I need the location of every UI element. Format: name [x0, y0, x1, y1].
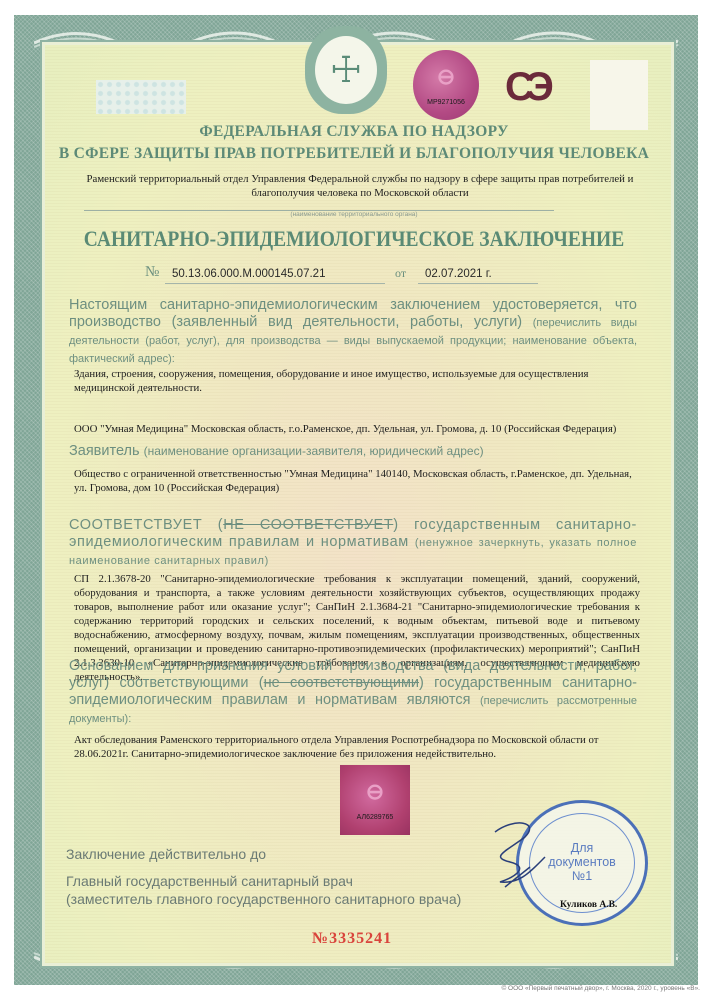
activity-text: Здания, строения, сооружения, помещения,…	[74, 367, 640, 395]
hologram-sticker-top: ⊖ МР9271056	[413, 50, 479, 120]
se-mark-logo: СЭ	[505, 65, 546, 110]
date-underline	[418, 283, 538, 284]
basis-paragraph: Основанием для признания условий произво…	[69, 658, 637, 728]
document-title: САНИТАРНО-ЭПИДЕМИОЛОГИЧЕСКОЕ ЗАКЛЮЧЕНИЕ	[0, 227, 708, 252]
double-headed-eagle-icon: ☩	[315, 36, 377, 104]
date-label: от	[395, 266, 406, 281]
hologram-sticker-bottom: ⊖ АЛ6289765	[340, 765, 410, 835]
valid-until-label: Заключение действительно до	[66, 846, 266, 863]
agency-title-line1: ФЕДЕРАЛЬНАЯ СЛУЖБА ПО НАДЗОРУ	[0, 123, 708, 141]
emblem-badge: ☩	[305, 26, 387, 114]
blank-serial-number: №3335241	[312, 930, 392, 948]
printer-note: © ООО «Первый печатный двор», г. Москва,…	[0, 985, 700, 992]
basis-struck: не соответствующими	[264, 675, 419, 691]
signer-name: Куликов А.В.	[560, 900, 617, 910]
compliance-paragraph: СООТВЕТСТВУЕТ (НЕ СООТВЕТСТВУЕТ) государ…	[69, 517, 637, 570]
number-underline	[165, 283, 385, 284]
territorial-caption: (наименование территориального органа)	[0, 211, 708, 218]
hologram-logo-icon: ⊖	[437, 64, 455, 90]
applicant-heading: Заявитель (наименование организации-заяв…	[69, 443, 637, 460]
chief-doctor-label: Главный государственный санитарный врач	[66, 873, 353, 890]
blank-field	[590, 60, 648, 130]
deputy-doctor-label: (заместитель главного государственного с…	[66, 891, 461, 908]
agency-title-line2: В СФЕРЕ ЗАЩИТЫ ПРАВ ПОТРЕБИТЕЛЕЙ И БЛАГО…	[0, 145, 708, 163]
hologram-serial: АЛ6289765	[340, 814, 410, 821]
document-date: 02.07.2021 г.	[425, 268, 492, 280]
territorial-body: Раменский территориальный отдел Управлен…	[70, 172, 650, 200]
hologram-serial: МР9271056	[413, 99, 479, 106]
handwritten-signature	[485, 812, 555, 902]
compliance-yes: СООТВЕТСТВУЕТ (	[69, 517, 223, 533]
applicant-text: Общество с ограниченной ответственностью…	[74, 467, 640, 495]
hologram-logo-icon: ⊖	[366, 779, 384, 805]
applicant-label: Заявитель	[69, 443, 140, 459]
compliance-no-struck: НЕ СООТВЕТСТВУЕТ	[223, 517, 393, 533]
applicant-hint: (наименование организации-заявителя, юри…	[144, 444, 484, 458]
guilloche-pattern	[96, 80, 186, 114]
number-label: №	[145, 264, 159, 281]
certifies-paragraph: Настоящим санитарно-эпидемиологическим з…	[69, 297, 637, 368]
object-address: ООО "Умная Медицина" Московская область,…	[74, 422, 640, 436]
document-number: 50.13.06.000.М.000145.07.21	[172, 268, 325, 280]
basis-documents: Акт обследования Раменского территориаль…	[74, 733, 640, 761]
